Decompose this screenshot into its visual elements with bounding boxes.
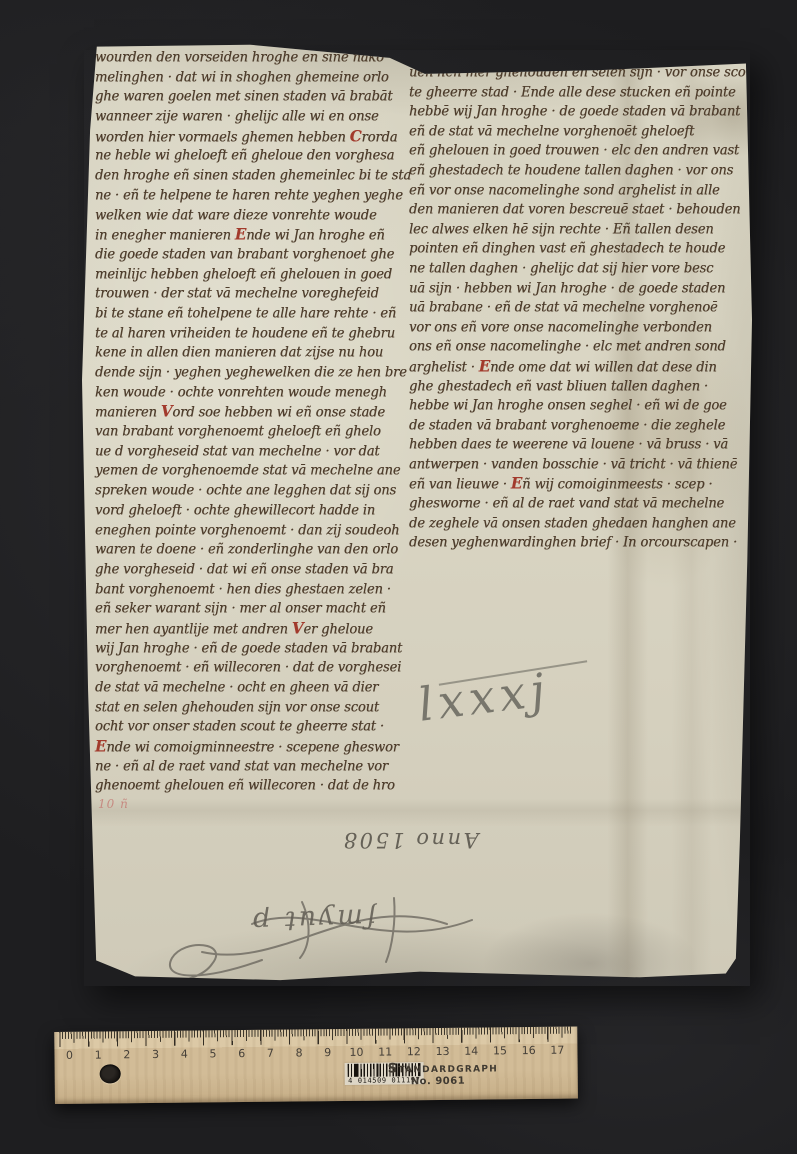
ruler-numbers: 01234567891011121314151617 — [59, 1044, 577, 1063]
ink-text: hebben daes te weerene vā louene · vā br… — [409, 437, 728, 453]
ink-text: bi te stane eñ tohelpene te alle hare re… — [95, 306, 396, 322]
rubric-initial: E — [511, 474, 522, 493]
ruler-number: 15 — [493, 1044, 507, 1057]
ruler-number: 10 — [349, 1046, 363, 1059]
ruler-hole — [100, 1064, 121, 1083]
ruler-model-label: No. 9061 — [411, 1076, 465, 1088]
manuscript-line: te gheerre stad · Ende alle dese stucken… — [409, 83, 762, 104]
ink-text: eñ ghelouen in goed trouwen · elc den an… — [409, 143, 739, 159]
ruler-number: 6 — [238, 1047, 245, 1060]
ruler-number: 4 — [181, 1048, 188, 1061]
ink-text: ghe waren goelen met sinen staden vā bra… — [95, 89, 392, 105]
manuscript-line: arghelist · Ende ome dat wi willen dat d… — [409, 357, 762, 378]
manuscript-line: de stat vā mechelne · ocht en gheen vā d… — [95, 678, 411, 699]
ink-text: ne · eñ te helpene te haren rehte yeghen… — [95, 188, 403, 204]
manuscript-line: in enegher manieren Ende wi Jan hroghe e… — [95, 225, 411, 246]
rubric-initial: C — [350, 127, 362, 146]
ink-text: ñ wij comoiginmeests · scep · — [522, 478, 712, 494]
ink-text: eneghen pointe vorghenoemt · dan zij sou… — [95, 523, 399, 539]
rubric-initial: V — [292, 619, 304, 638]
manuscript-line: bi te stane eñ tohelpene te alle hare re… — [95, 304, 411, 325]
manuscript-line: eñ vor onse nacomelinghe sond arghelist … — [409, 181, 762, 202]
manuscript-line: manieren Vord soe hebben wi eñ onse stad… — [95, 402, 411, 423]
manuscript-line: ghe waren goelen met sinen staden vā bra… — [95, 87, 411, 108]
manuscript-line: wanneer zije waren · ghelijc alle wi en … — [95, 107, 411, 128]
ink-text: ord soe hebben wi eñ onse stade — [172, 406, 385, 422]
manuscript-line: dende sijn · yeghen yeghewelken die ze h… — [95, 363, 411, 384]
manuscript-line: hebben daes te weerene vā louene · vā br… — [409, 435, 762, 456]
ink-text: in enegher manieren — [95, 228, 235, 244]
ink-text: waren te doene · eñ zonderlinghe van den… — [95, 542, 398, 558]
manuscript-line: mer hen ayantlije met andren Ver gheloue — [95, 619, 411, 640]
ink-text: die goede staden van brabant vorghenoet … — [95, 247, 394, 263]
ink-text: stat en selen ghehouden sijn vor onse sc… — [95, 700, 379, 716]
ink-text: meinlijc hebben gheloeft eñ ghelouen in … — [95, 267, 392, 283]
manuscript-line: hebbē wij Jan hroghe · de goede staden v… — [409, 102, 762, 123]
manuscript-line: desen yeghenwardinghen brief · In orcour… — [409, 533, 762, 554]
ruler-number: 3 — [152, 1048, 159, 1061]
manuscript-line: wij Jan hroghe · eñ de goede staden vā b… — [95, 639, 411, 660]
ink-text: kene in allen dien manieren dat zijse nu… — [95, 345, 383, 361]
ink-text: van brabant vorghenoemt gheloeft eñ ghel… — [95, 424, 381, 440]
ink-text: eñ van lieuwe · — [409, 478, 511, 494]
manuscript-line: ken woude · ochte vonrehten woude menegh — [95, 383, 411, 404]
manuscript-line: ne tallen daghen · ghelijc dat sij hier … — [409, 259, 762, 280]
ink-text: pointen eñ dinghen vast eñ ghestadech te… — [409, 241, 725, 257]
manuscript-line: eñ de stat vā mechelne vorghenoēt gheloe… — [409, 122, 762, 143]
manuscript-line: Ende wi comoigminneestre · scepene ghesw… — [95, 737, 411, 758]
ink-text: eñ seker warant sijn · mer al onser mach… — [95, 601, 386, 617]
dorsal-flourish-text: ſmyut p — [249, 902, 376, 937]
manuscript-line: ne · eñ te helpene te haren rehte yeghen… — [95, 186, 411, 207]
manuscript-line: eneghen pointe vorghenoemt · dan zij sou… — [95, 521, 411, 542]
ruler-number: 16 — [522, 1044, 536, 1057]
ink-text: ne heble wi gheloeft eñ gheloue den vorg… — [95, 149, 394, 165]
ink-text: arghelist · — [409, 360, 479, 376]
ink-text: wanneer zije waren · ghelijc alle wi en … — [95, 109, 379, 125]
manuscript-line: eñ seker warant sijn · mer al onser mach… — [95, 599, 411, 620]
ink-text: nde wi Jan hroghe eñ — [246, 228, 384, 244]
parchment-page: wourden den vorseiden hroghe en sine nak… — [80, 40, 752, 982]
ink-text: worden hier vormaels ghemen hebben — [95, 130, 350, 146]
manuscript-line: de zeghele vā onsen staden ghedaen hangh… — [409, 514, 762, 535]
ruler-number: 7 — [267, 1047, 274, 1060]
left-column: wourden den vorseiden hroghe en sine nak… — [95, 48, 411, 796]
ink-text: vord gheloeft · ochte ghewillecort hadde… — [95, 503, 375, 519]
ink-text: er gheloue — [303, 622, 372, 638]
manuscript-line: vor ons eñ vore onse nacomelinghe verbon… — [409, 318, 762, 339]
rubric-initial: E — [95, 737, 106, 756]
manuscript-line: hebbe wi Jan hroghe onsen seghel · eñ wi… — [409, 396, 762, 417]
right-column: uen hen mer ghehouden eñ selen sijn · vo… — [409, 63, 762, 553]
ruler-number: 2 — [123, 1048, 130, 1061]
ink-text: eñ vor onse nacomelinghe sond arghelist … — [409, 183, 720, 199]
manuscript-line: stat en selen ghehouden sijn vor onse sc… — [95, 698, 411, 719]
manuscript-line: van brabant vorghenoemt gheloeft eñ ghel… — [95, 422, 411, 443]
ink-text: nde ome dat wi willen dat dese din — [490, 360, 717, 376]
ruler-number: 0 — [66, 1049, 73, 1062]
ruler-brand-label: Standardgraph — [388, 1060, 499, 1076]
ink-text: lec alwes elken hē sijn rechte · Eñ tall… — [409, 222, 714, 238]
ink-text: uā sijn · hebben wi Jan hroghe · de goed… — [409, 281, 725, 297]
ruler-number: 1 — [95, 1049, 102, 1062]
ink-text: de zeghele vā onsen staden ghedaen hangh… — [409, 516, 736, 532]
manuscript-line: lec alwes elken hē sijn rechte · Eñ tall… — [409, 220, 762, 241]
manuscript-line: yemen de vorghenoemde stat vā mechelne a… — [95, 461, 411, 482]
ink-text: vorghenoemt · eñ willecoren · dat de vor… — [95, 660, 401, 676]
manuscript-line: antwerpen · vanden bosschie · vā tricht … — [409, 455, 762, 476]
ink-text: ghesworne · eñ al de raet vand stat vā m… — [409, 496, 724, 512]
rubric-initial: V — [161, 402, 173, 421]
manuscript-line: ne heble wi gheloeft eñ gheloue den vorg… — [95, 146, 411, 167]
ruler: 01234567891011121314151617 4 014509 0111… — [54, 1027, 578, 1104]
ruler-number: 12 — [407, 1045, 421, 1058]
manuscript-line: ghe ghestadech eñ vast bliuen tallen dag… — [409, 377, 762, 398]
manuscript-line: trouwen · der stat vā mechelne voreghefe… — [95, 284, 411, 305]
ruler-number: 13 — [435, 1045, 449, 1058]
ink-text: manieren — [95, 406, 161, 422]
ink-text: ghe ghestadech eñ vast bliuen tallen dag… — [409, 379, 708, 395]
photo-background: wourden den vorseiden hroghe en sine nak… — [0, 0, 797, 1154]
ink-text: ne tallen daghen · ghelijc dat sij hier … — [409, 261, 713, 277]
manuscript-line: waren te doene · eñ zonderlinghe van den… — [95, 540, 411, 561]
manuscript-line: uā sijn · hebben wi Jan hroghe · de goed… — [409, 279, 762, 300]
archive-number: lxxxj — [415, 662, 552, 732]
rubric-initial: E — [479, 357, 490, 376]
manuscript-line: bant vorghenoemt · hen dies ghestaen zel… — [95, 580, 411, 601]
manuscript-line: meinlijc hebben gheloeft eñ ghelouen in … — [95, 265, 411, 286]
manuscript-line: melinghen · dat wi in shoghen ghemeine o… — [95, 68, 411, 89]
ink-text: desen yeghenwardinghen brief · In orcour… — [409, 535, 737, 551]
ink-text: eñ ghestadech te houdene tallen daghen ·… — [409, 163, 733, 179]
manuscript-line: vorghenoemt · eñ willecoren · dat de vor… — [95, 658, 411, 679]
ink-text: ne · eñ al de raet vand stat van mecheln… — [95, 759, 388, 775]
ink-text: rorda — [362, 130, 398, 146]
ink-text: spreken woude · ochte ane legghen dat si… — [95, 483, 396, 499]
ink-text: de staden vā brabant vorghenoeme · die z… — [409, 418, 725, 434]
ink-text: welken wie dat ware dieze vonrehte woude — [95, 208, 377, 224]
ink-text: vor ons eñ vore onse nacomelinghe verbon… — [409, 320, 712, 336]
manuscript-line: vord gheloeft · ochte ghewillecort hadde… — [95, 501, 411, 522]
ruler-number: 9 — [324, 1046, 331, 1059]
ink-text: bant vorghenoemt · hen dies ghestaen zel… — [95, 582, 391, 598]
manuscript-line: de staden vā brabant vorghenoeme · die z… — [409, 416, 762, 437]
manuscript-line: ons eñ onse nacomelinghe · elc met andre… — [409, 337, 762, 358]
ink-stains — [80, 40, 84, 44]
manuscript-line: den manieren dat voren bescreuē staet · … — [409, 200, 762, 221]
ruler-number: 11 — [378, 1045, 392, 1058]
manuscript-line: ue d vorgheseid stat van mechelne · vor … — [95, 442, 411, 463]
ink-text: ghenoemt ghelouen eñ willecoren · dat de… — [95, 779, 395, 795]
manuscript-line: ocht vor onser staden scout te gheerre s… — [95, 717, 411, 738]
manuscript-line: spreken woude · ochte ane legghen dat si… — [95, 481, 411, 502]
ink-text: eñ de stat vā mechelne vorghenoēt gheloe… — [409, 124, 694, 140]
ink-text: wij Jan hroghe · eñ de goede staden vā b… — [95, 641, 402, 657]
ink-text: nde wi comoigminneestre · scepene gheswo… — [106, 740, 398, 756]
manuscript-line: pointen eñ dinghen vast eñ ghestadech te… — [409, 239, 762, 260]
manuscript-line: eñ ghestadech te houdene tallen daghen ·… — [409, 161, 762, 182]
ink-text: te gheerre stad · Ende alle dese stucken… — [409, 85, 736, 101]
manuscript-line: worden hier vormaels ghemen hebben Crord… — [95, 127, 411, 148]
rubric-initial: E — [235, 225, 246, 244]
manuscript-line: welken wie dat ware dieze vonrehte woude — [95, 206, 411, 227]
ink-text: dende sijn · yeghen yeghewelken die ze h… — [95, 365, 407, 381]
ink-text: antwerpen · vanden bosschie · vā tricht … — [409, 457, 737, 473]
manuscript-line: den hroghe eñ sinen staden ghemeinlec bi… — [95, 166, 411, 187]
ruler-number: 14 — [464, 1045, 478, 1058]
ink-text: ken woude · ochte vonrehten woude menegh — [95, 385, 387, 401]
manuscript-line: ghe vorgheseid · dat wi eñ onse staden v… — [95, 560, 411, 581]
manuscript-line: uā brabane · eñ de stat vā mechelne vorg… — [409, 298, 762, 319]
ink-text: melinghen · dat wi in shoghen ghemeine o… — [95, 70, 389, 86]
ink-text: den hroghe eñ sinen staden ghemeinlec bi… — [95, 168, 411, 184]
ink-text: te al haren vriheiden te houdene eñ te g… — [95, 326, 395, 342]
manuscript-line: ghesworne · eñ al de raet vand stat vā m… — [409, 494, 762, 515]
ink-text: mer hen ayantlije met andren — [95, 622, 292, 638]
ink-text: uā brabane · eñ de stat vā mechelne vorg… — [409, 300, 718, 316]
ink-text: ue d vorgheseid stat van mechelne · vor … — [95, 444, 380, 460]
ink-text: yemen de vorghenoemde stat vā mechelne a… — [95, 464, 400, 480]
manuscript-line: te al haren vriheiden te houdene eñ te g… — [95, 324, 411, 345]
ink-text: den manieren dat voren bescreuē staet · … — [409, 202, 740, 218]
manuscript-line: kene in allen dien manieren dat zijse nu… — [95, 343, 411, 364]
ink-text: de stat vā mechelne · ocht en gheen vā d… — [95, 680, 378, 696]
manuscript-line: eñ van lieuwe · Eñ wij comoiginmeests · … — [409, 474, 762, 495]
ink-text: hebbe wi Jan hroghe onsen seghel · eñ wi… — [409, 398, 727, 414]
margin-mark: 10 ñ — [98, 797, 129, 811]
ink-text: trouwen · der stat vā mechelne voreghefe… — [95, 286, 379, 302]
ink-text: ocht vor onser staden scout te gheerre s… — [95, 719, 384, 735]
ink-text: hebbē wij Jan hroghe · de goede staden v… — [409, 104, 740, 120]
ruler-number: 17 — [550, 1044, 564, 1057]
dorsal-date-inscription: Anno 1508 — [290, 828, 530, 852]
ink-text: ons eñ onse nacomelinghe · elc met andre… — [409, 339, 726, 355]
ruler-number: 8 — [296, 1046, 303, 1059]
manuscript-line: ne · eñ al de raet vand stat van mecheln… — [95, 757, 411, 778]
manuscript-line: ghenoemt ghelouen eñ willecoren · dat de… — [95, 776, 411, 797]
ink-text: ghe vorgheseid · dat wi eñ onse staden v… — [95, 562, 393, 578]
manuscript-line: eñ ghelouen in goed trouwen · elc den an… — [409, 141, 762, 162]
manuscript-line: die goede staden van brabant vorghenoet … — [95, 245, 411, 266]
ruler-number: 5 — [209, 1047, 216, 1060]
